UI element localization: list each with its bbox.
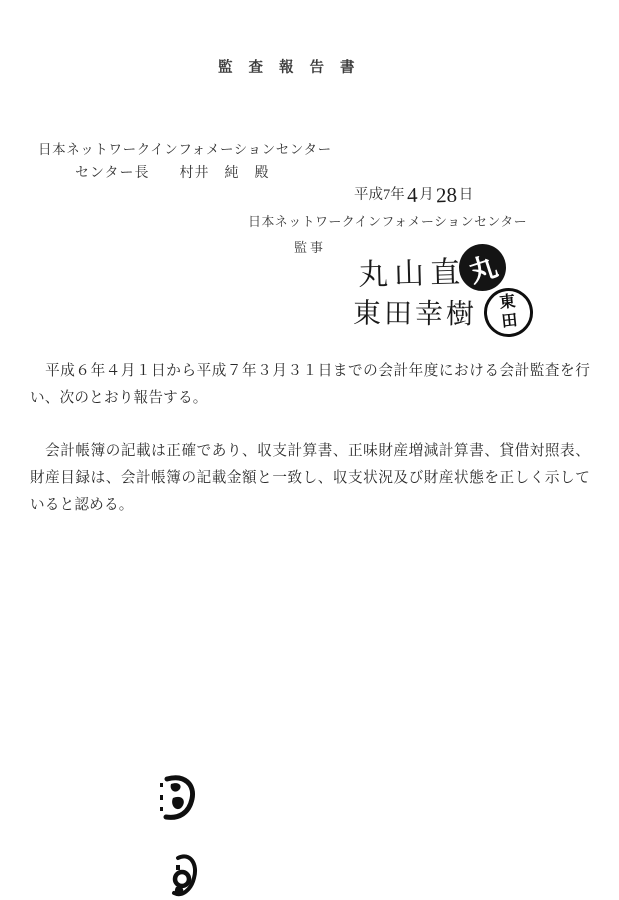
document-title: 監査報告書 bbox=[218, 56, 371, 77]
recipient-name-line: センター長 村井 純 殿 bbox=[75, 162, 269, 182]
recipient-organization: 日本ネットワークインフォメーションセンター bbox=[38, 138, 332, 158]
date-era-year: 平成7年 bbox=[354, 187, 405, 203]
seal-character: 丸 bbox=[463, 244, 502, 291]
body-paragraph-audit-opinion: 会計帳簿の記載は正確であり、収支計算書、正味財産増減計算書、貸借対照表、財産目録… bbox=[30, 438, 590, 519]
scanned-audit-report-page: 監査報告書 日本ネットワークインフォメーションセンター センター長 村井 純 殿… bbox=[0, 0, 619, 900]
partial-stamp-mark-icon bbox=[158, 774, 198, 822]
body-paragraph-audit-period: 平成６年４月１日から平成７年３月３１日までの会計年度における会計監査を行い、次の… bbox=[30, 358, 590, 412]
hanko-seal-higashida: 東 田 bbox=[482, 286, 536, 340]
date-month-unit: 月 bbox=[419, 187, 434, 203]
auditor-signature-higashida: 東田幸樹 bbox=[353, 291, 477, 332]
seal-character-bottom: 田 bbox=[501, 312, 519, 332]
partial-stamp-mark-icon bbox=[167, 852, 201, 900]
issuer-title-auditor: 監事 bbox=[294, 237, 326, 256]
issuer-organization: 日本ネットワークインフォメーションセンター bbox=[248, 211, 527, 230]
date-month-handwritten: 4 bbox=[407, 188, 418, 202]
seal-character-top: 東 bbox=[499, 293, 517, 313]
date-day-unit: 日 bbox=[459, 187, 474, 203]
date-line: 平成7年4月28日 bbox=[354, 183, 473, 204]
date-day-handwritten: 28 bbox=[436, 188, 457, 203]
